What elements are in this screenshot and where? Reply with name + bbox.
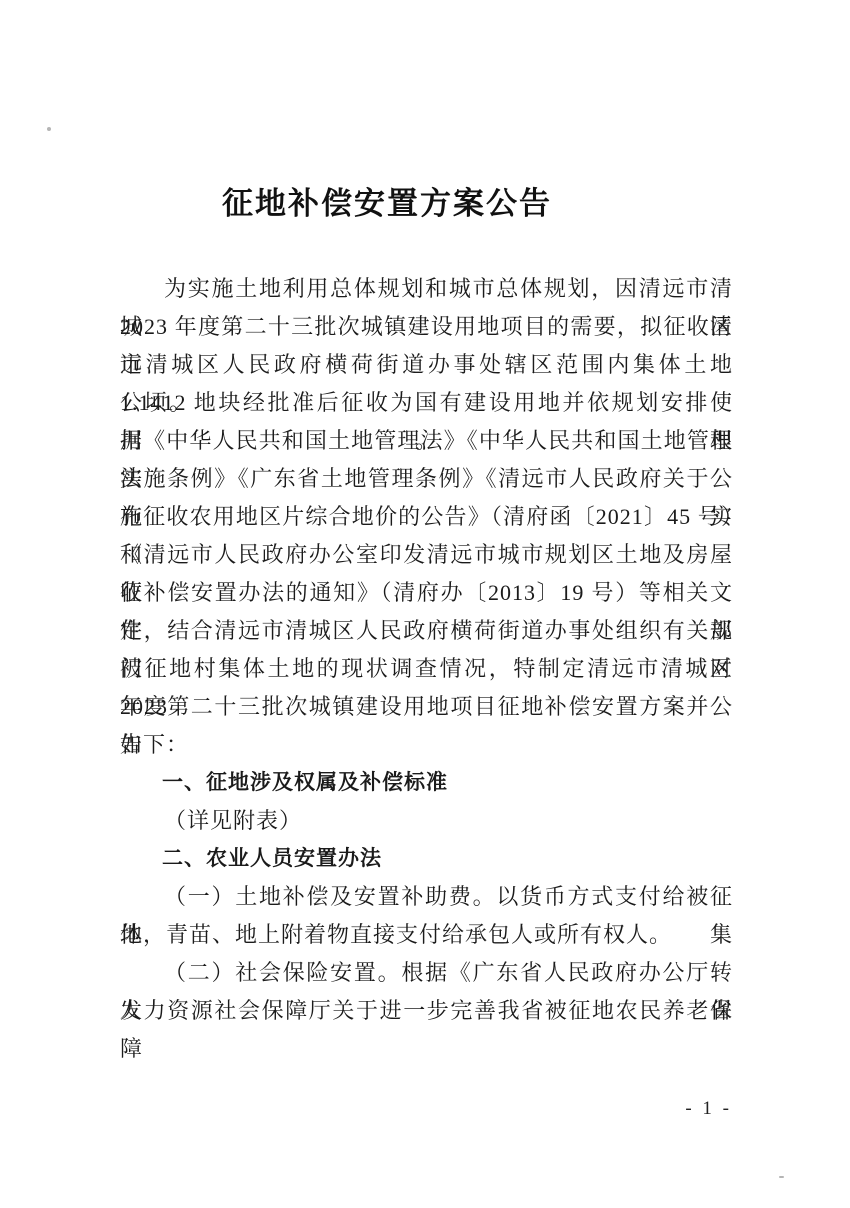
body-line: 实施条例》《广东省土地管理条例》《清远市人民政府关于公布实 [120, 460, 733, 498]
scan-artifact-dot [779, 1176, 784, 1178]
body-line: 《清远市人民政府办公室印发清远市城市规划区土地及房屋征 [120, 536, 733, 574]
body-line: 如下： [120, 726, 733, 764]
body-line: （详见附表） [120, 802, 733, 840]
body-line: 据《中华人民共和国土地管理法》《中华人民共和国土地管理法 [120, 422, 733, 460]
scan-artifact-dot [47, 127, 51, 131]
body-line: （二）社会保险安置。根据《广东省人民政府办公厅转发省 [120, 954, 733, 992]
body-line: 体，青苗、地上附着物直接支付给承包人或所有权人。 [120, 916, 733, 954]
page-number: - 1 - [685, 1098, 732, 1120]
body-line: 收补偿安置办法的通知》（清府办〔2013〕19 号）等相关文件规 [120, 574, 733, 612]
body-line: （一）土地补偿及安置补助费。以货币方式支付给被征地集 [120, 878, 733, 916]
body-line: 为实施土地利用总体规划和城市总体规划，因清远市清城区 [120, 270, 733, 308]
document-title: 征地补偿安置方案公告 [0, 178, 774, 223]
section-2-heading: 二、农业人员安置办法 [120, 840, 733, 878]
body-line: 定，结合清远市清城区人民政府横荷街道办事处组织有关部门对 [120, 612, 733, 650]
body-line: 人力资源社会保障厅关于进一步完善我省被征地农民养老保障 [120, 992, 733, 1030]
body-line: 公顷。地块经批准后征收为国有建设用地并依规划安排使用。根 [120, 384, 733, 422]
scan-artifact-dot [129, 1046, 132, 1049]
body-line: 年度第二十三批次城镇建设用地项目征地补偿安置方案并公告 [120, 688, 733, 726]
body-line: 施征收农用地区片综合地价的公告》（清府函〔2021〕45 号）和 [120, 498, 733, 536]
document-page: 征地补偿安置方案公告 为实施土地利用总体规划和城市总体规划，因清远市清城区 20… [0, 0, 850, 1208]
body-line: 市清城区人民政府横荷街道办事处辖区范围内集体土地 1.1412 [120, 346, 733, 384]
body-line: 2023 年度第二十三批次城镇建设用地项目的需要，拟征收清远 [120, 308, 733, 346]
section-1-heading: 一、征地涉及权属及补偿标准 [120, 764, 733, 802]
body-line: 被征地村集体土地的现状调查情况，特制定清远市清城区 2023 [120, 650, 733, 688]
document-body: 为实施土地利用总体规划和城市总体规划，因清远市清城区 2023 年度第二十三批次… [120, 270, 733, 1030]
